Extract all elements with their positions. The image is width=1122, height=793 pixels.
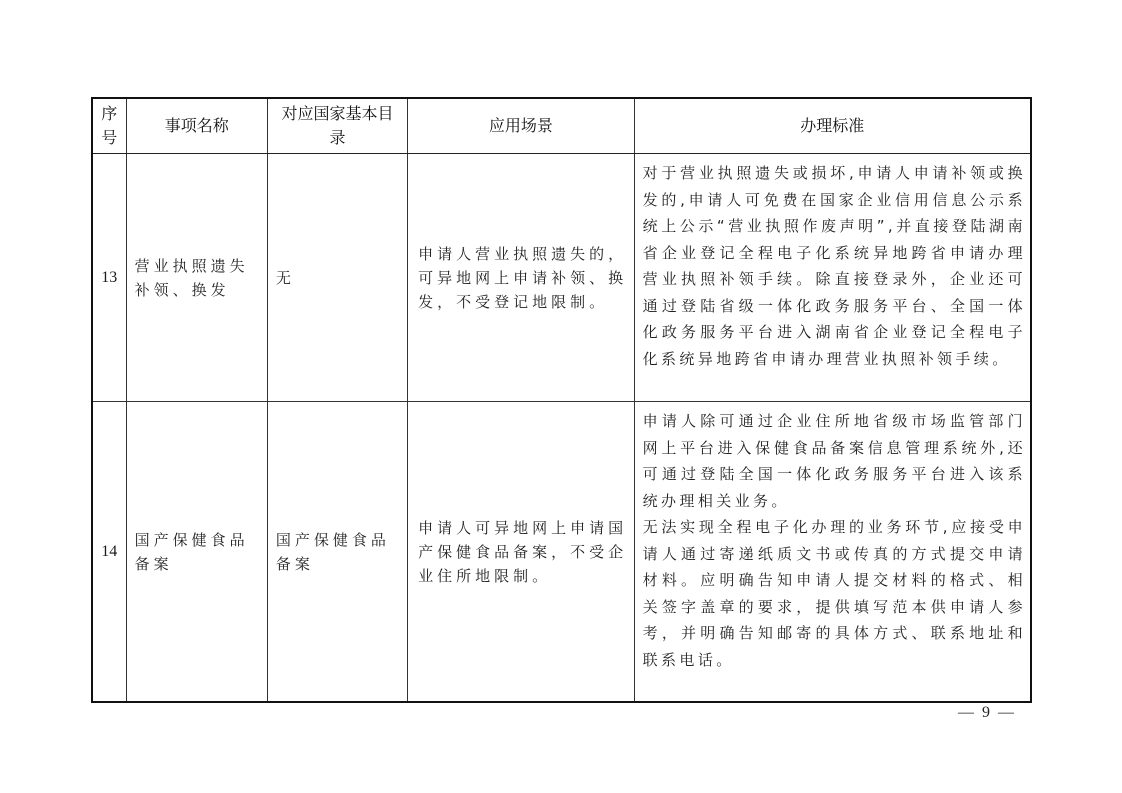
item-name: 营业执照遗失补领、换发 — [126, 154, 267, 402]
header-national-directory: 对应国家基本目录 — [267, 98, 407, 154]
application-scenario: 申请人可异地网上申请国产保健食品备案，不受企业住所地限制。 — [408, 402, 634, 703]
table-row: 13 营业执照遗失补领、换发 无 申请人营业执照遗失的，可异地网上申请补领、换发… — [92, 154, 1031, 402]
table-header-row: 序号 事项名称 对应国家基本目录 应用场景 办理标准 — [92, 98, 1031, 154]
standard-paragraph: 申请人除可通过企业住所地省级市场监管部门网上平台进入保健食品备案信息管理系统外,… — [643, 408, 1026, 514]
header-item-name: 事项名称 — [126, 98, 267, 154]
header-handling-standard: 办理标准 — [634, 98, 1031, 154]
service-items-table: 序号 事项名称 对应国家基本目录 应用场景 办理标准 13 营业执照遗失补领、换… — [91, 97, 1032, 703]
standard-paragraph: 无法实现全程电子化办理的业务环节,应接受申请人通过寄递纸质文书或传真的方式提交申… — [643, 514, 1026, 673]
row-number: 14 — [92, 402, 126, 703]
handling-standard: 对于营业执照遗失或损坏,申请人申请补领或换发的,申请人可免费在国家企业信用信息公… — [634, 154, 1031, 402]
handling-standard: 申请人除可通过企业住所地省级市场监管部门网上平台进入保健食品备案信息管理系统外,… — [634, 402, 1031, 703]
header-no: 序号 — [92, 98, 126, 154]
row-number: 13 — [92, 154, 126, 402]
header-application-scenario: 应用场景 — [408, 98, 634, 154]
item-name: 国产保健食品备案 — [126, 402, 267, 703]
table-row: 14 国产保健食品备案 国产保健食品备案 申请人可异地网上申请国产保健食品备案，… — [92, 402, 1031, 703]
application-scenario: 申请人营业执照遗失的，可异地网上申请补领、换发，不受登记地限制。 — [408, 154, 634, 402]
page-number: — 9 — — [958, 704, 1016, 722]
national-directory: 无 — [267, 154, 407, 402]
standard-paragraph: 对于营业执照遗失或损坏,申请人申请补领或换发的,申请人可免费在国家企业信用信息公… — [643, 160, 1026, 372]
national-directory: 国产保健食品备案 — [267, 402, 407, 703]
